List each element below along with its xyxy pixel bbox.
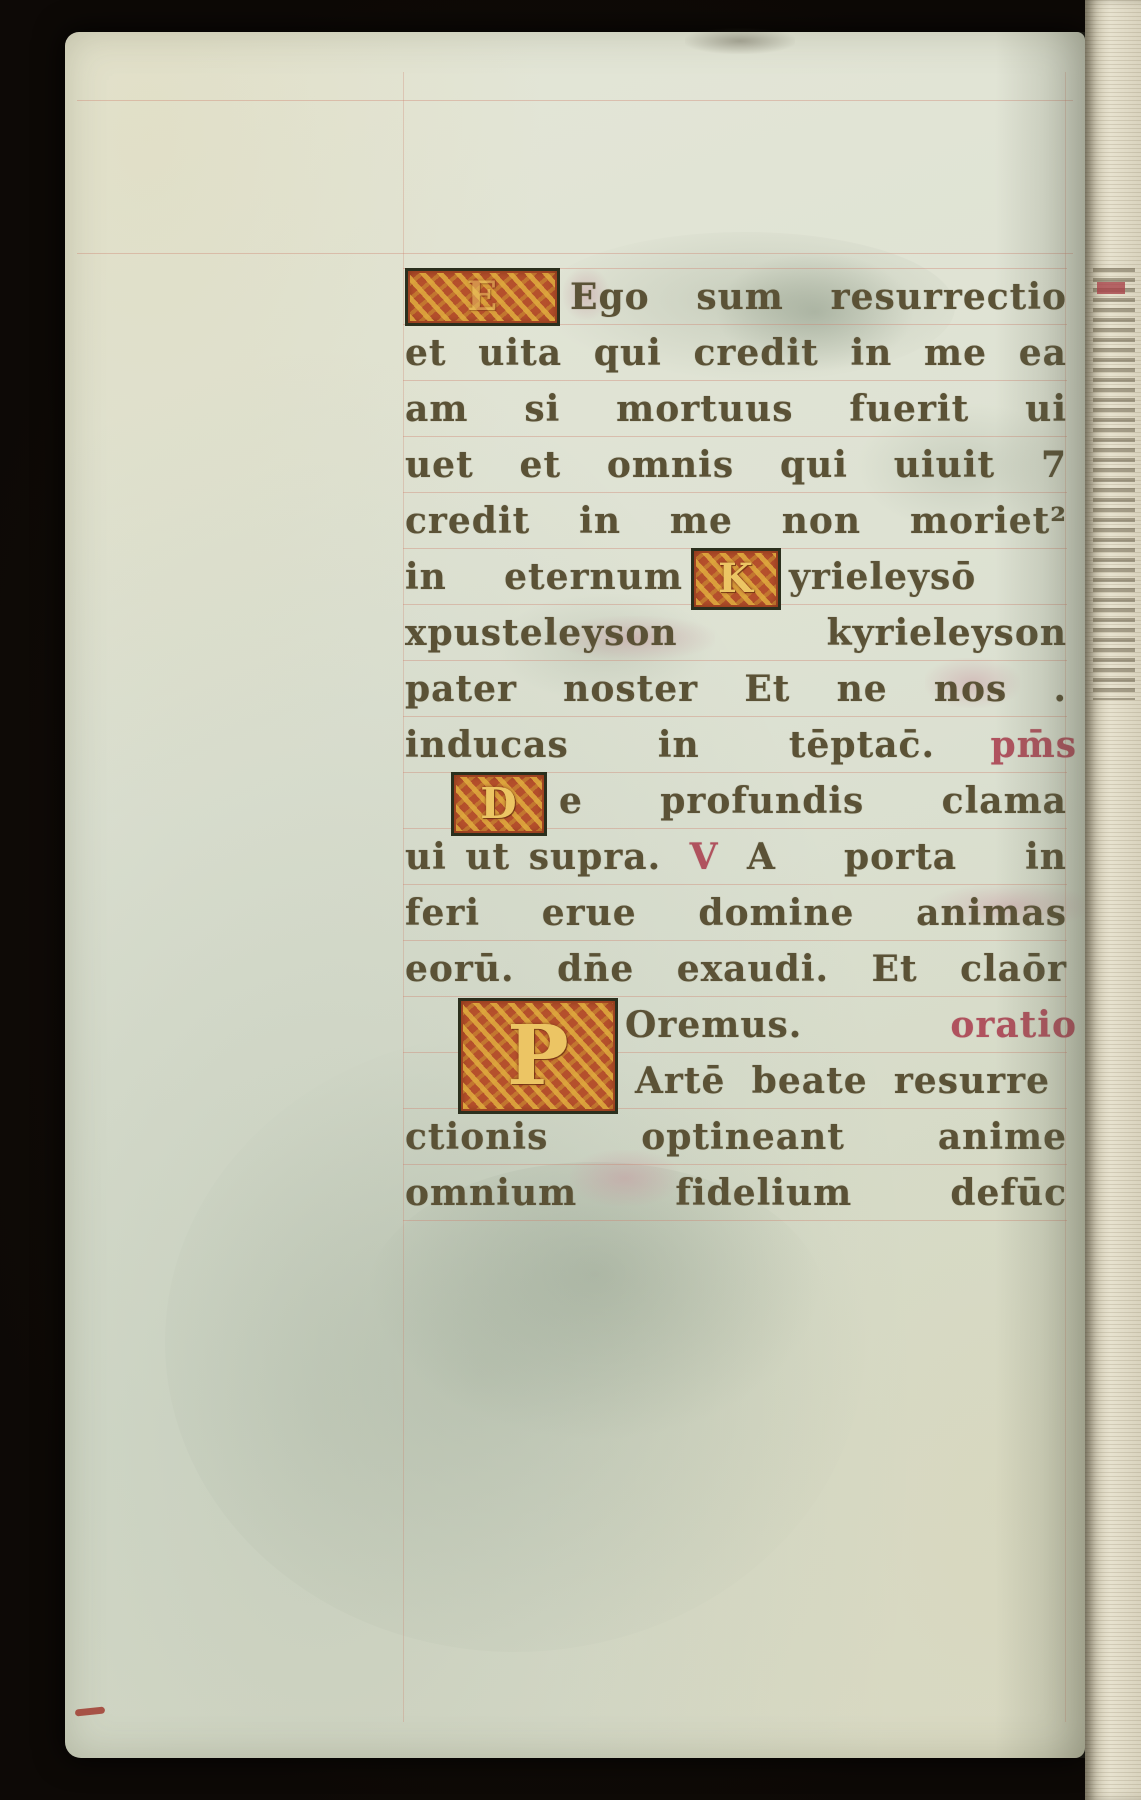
text-line-17: omnium fidelium defūc [405, 1166, 1067, 1222]
ruling-line-top [77, 100, 1073, 101]
initial-letter: D [480, 777, 517, 831]
gutter-shadow [995, 32, 1085, 1758]
line-text: e profundis clama [559, 774, 1067, 828]
initial-letter: K [718, 552, 754, 606]
text-line-11: ui ut supra. V A porta in [405, 830, 1067, 886]
book-fore-edge [1085, 0, 1141, 1800]
manuscript-page: E Ego sum resurrectio et uita qui credit… [65, 32, 1085, 1758]
text-line-8: pater noster Et ne nos . [405, 662, 1067, 718]
text-line-13: eorū. dn̄e exaudi. Et claōr [405, 942, 1067, 998]
text-line-4: uet et omnis qui uiuit 7 [405, 438, 1067, 494]
illuminated-initial-E: E [405, 268, 560, 326]
ruling-line-header [77, 253, 1073, 254]
initial-letter: E [467, 270, 499, 324]
line-text: inducas in tēptac̄. [405, 718, 935, 772]
text-line-9: inducas in tēptac̄. pm̄s [405, 718, 1077, 774]
illuminated-initial-D: D [451, 772, 547, 836]
red-pen-mark [75, 1706, 106, 1716]
text-line-5: credit in me non moriet² [405, 494, 1067, 550]
line-text: ui ut supra. [405, 830, 661, 884]
ruling-line-left [403, 72, 404, 1722]
rubric-versicle-V: V [690, 830, 719, 884]
text-line-6: in eternum K yrieleysō [405, 550, 1067, 606]
text-line-10: D e profundis clama [405, 774, 1067, 830]
facing-page-rubric-edge [1097, 282, 1125, 294]
text-line-3: am si mortuus fuerit ui [405, 382, 1067, 438]
manuscript-photograph: E Ego sum resurrectio et uita qui credit… [0, 0, 1141, 1800]
line-text: Ego sum resurrectio [570, 270, 1067, 324]
text-line-7: xpusteleyson kyrieleyson [405, 606, 1067, 662]
illuminated-initial-K: K [691, 548, 781, 610]
line-text: in eternum [405, 550, 683, 604]
line-text: Oremus. [625, 998, 802, 1052]
facing-page-text-edge [1093, 268, 1135, 700]
text-line-12: feri erue domine animas [405, 886, 1067, 942]
text-line-15: Artē beate resurre [635, 1054, 1050, 1110]
illuminated-initial-P: P [458, 998, 618, 1114]
initial-letter: P [507, 1008, 569, 1104]
text-line-1: E Ego sum resurrectio [405, 270, 1067, 326]
smudge-top-edge [685, 28, 795, 54]
text-line-16: ctionis optineant anime [405, 1110, 1067, 1166]
text-line-2: et uita qui credit in me ea [405, 326, 1067, 382]
